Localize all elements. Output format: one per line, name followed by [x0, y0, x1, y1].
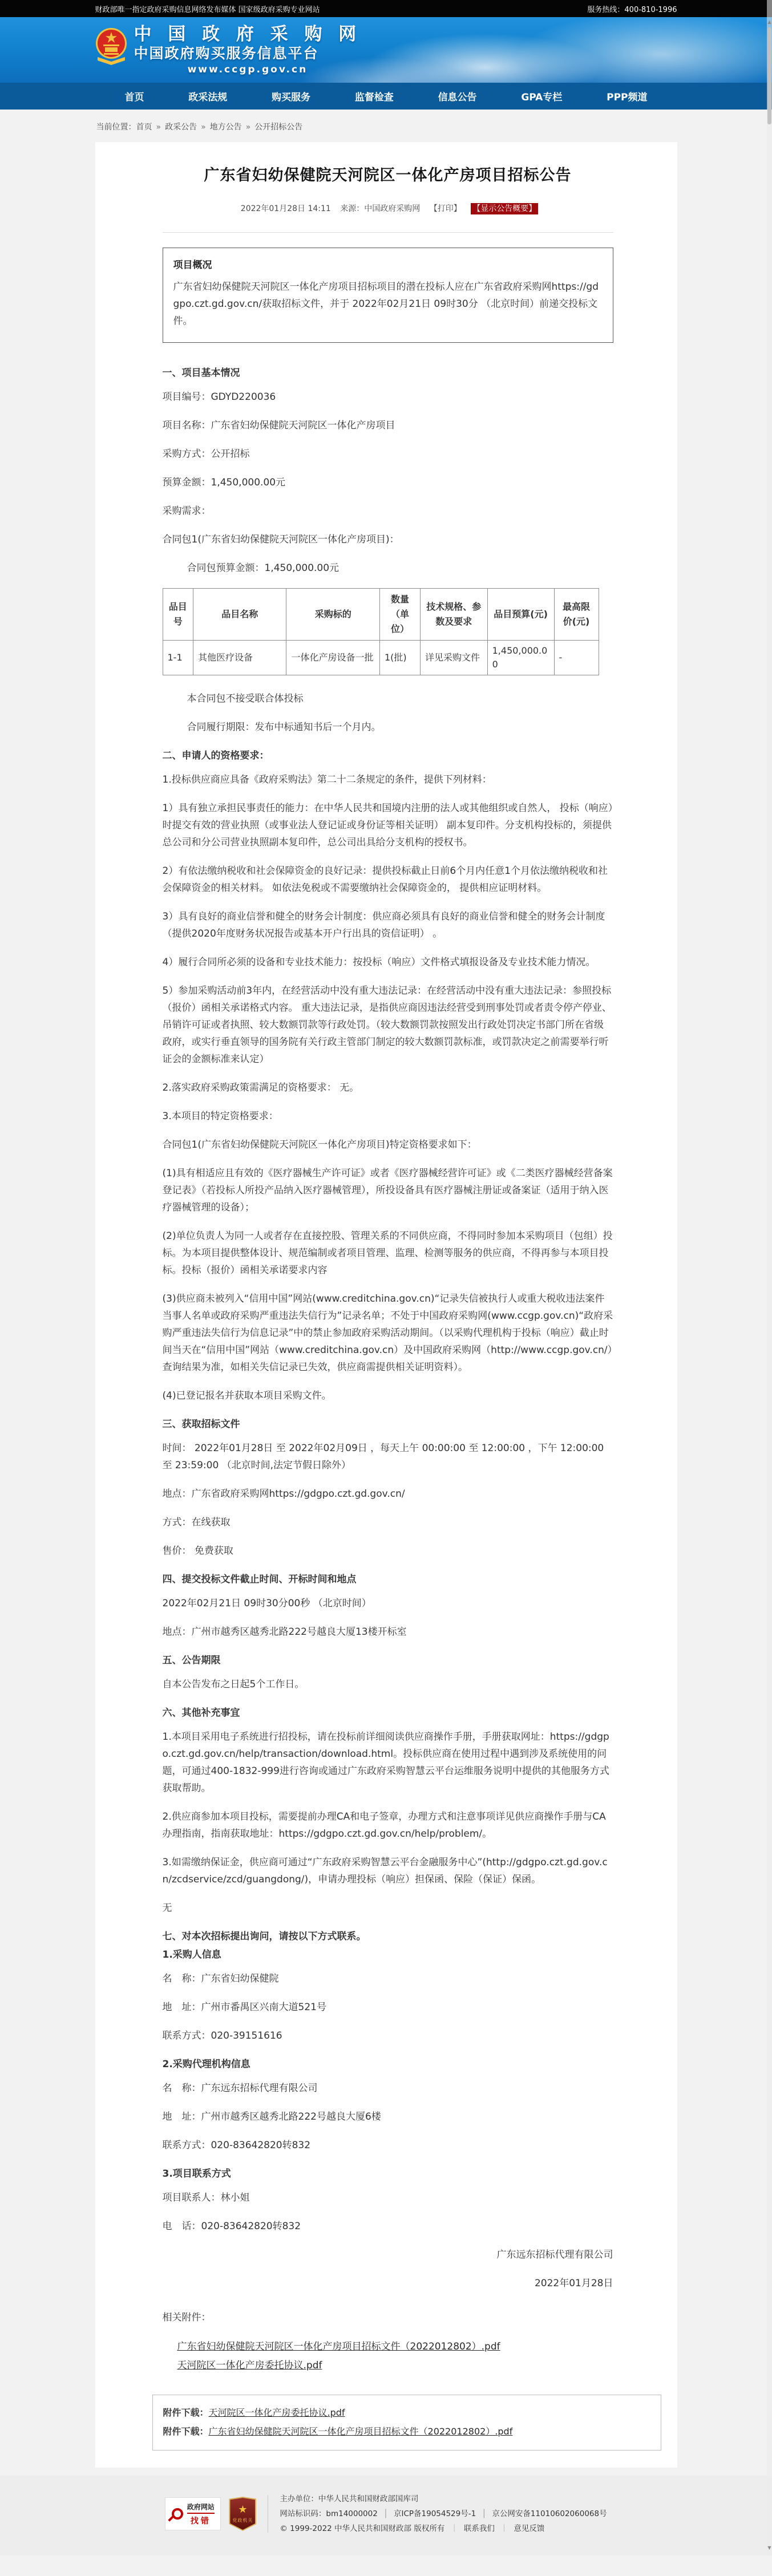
footer-separator: ｜	[450, 2524, 458, 2533]
subsection-heading: 2.采购代理机构信息	[163, 2056, 613, 2073]
site-logo[interactable]: 中 国 政 府 采 购 网 中国政府购买服务信息平台 www.ccgp.gov.…	[95, 17, 677, 76]
service-hotline: 服务热线：400-810-1996	[587, 3, 677, 14]
nav-item-信息公告[interactable]: 信息公告	[438, 89, 477, 103]
content-paragraph: 方式：在线获取	[163, 1514, 613, 1531]
attachments-list: 广东省妇幼保健院天河院区一体化产房项目招标文件（2022012802）.pdf天…	[163, 2338, 613, 2375]
subsection-heading: 1.采购人信息	[163, 1946, 613, 1963]
content-paragraph: (2)单位负责人为同一人或者存在直接控股、管理关系的不同供应商，不得同时参加本采…	[163, 1228, 613, 1279]
scrollbar-down-arrow-icon[interactable]: ▼	[767, 2545, 772, 2551]
content-paragraph: 3.如需缴纳保证金，供应商可通过“广东政府采购智慧云平台金融服务中心”(http…	[163, 1854, 613, 1888]
breadcrumb-strip: 当前位置：首页»政采公告»地方公告»公开招标公告	[0, 110, 772, 142]
footer-link-联系我们[interactable]: 联系我们	[464, 2524, 495, 2533]
party-gov-shield-badge[interactable]: ★ 党政机关	[229, 2497, 256, 2531]
footer-separator: │	[383, 2509, 388, 2518]
content-paragraph: 合同包1(广东省妇幼保健院天河院区一体化产房项目)特定资格要求如下：	[163, 1136, 613, 1153]
content-paragraph: 4）履行合同所必须的设备和专业技术能力：按投标（响应）文件格式填报设备及专业技术…	[163, 954, 613, 971]
content-paragraph: 地 址：广州市番禺区兴南大道521号	[163, 1999, 613, 2016]
content-paragraph: 合同包预算金额：1,450,000.00元	[163, 560, 613, 577]
breadcrumb-separator-icon: »	[201, 123, 206, 132]
breadcrumb-item[interactable]: 地方公告	[210, 123, 242, 132]
content-paragraph: 2.落实政府采购政策需满足的资格要求： 无。	[163, 1079, 613, 1096]
footer-separator: ｜	[500, 2524, 508, 2533]
footer-meta-part: 网站标识码：bm14000002	[280, 2509, 377, 2518]
print-button[interactable]: 【打印】	[430, 204, 462, 213]
nav-item-首页[interactable]: 首页	[125, 89, 144, 103]
title-divider	[163, 232, 613, 233]
table-header-cell: 技术规格、参数及要求	[420, 589, 487, 641]
article-meta: 2022年01月28日 14:11 来源：中国政府采购网 【打印】 【显示公告概…	[163, 202, 613, 214]
content-paragraph: 采购需求：	[163, 503, 613, 520]
download-row: 附件下载：广东省妇幼保健院天河院区一体化产房项目招标文件（2022012802）…	[163, 2422, 650, 2441]
footer-meta-line: 网站标识码：bm14000002│京ICP备19054529号-1│京公网安备1…	[280, 2506, 607, 2521]
table-header-cell: 品目名称	[193, 589, 286, 641]
attachment-link[interactable]: 天河院区一体化产房委托协议.pdf	[177, 2356, 322, 2375]
breadcrumb-item[interactable]: 公开招标公告	[254, 123, 302, 132]
content-paragraph: 联系方式：020-83642820转832	[163, 2137, 613, 2154]
section-heading: 六、其他补充事宜	[163, 1704, 613, 1722]
footer-meta-part: 京公网安备11010602060068号	[492, 2509, 607, 2518]
content-paragraph: 3）具有良好的商业信誉和健全的财务会计制度：供应商必须具有良好的商业信誉和健全的…	[163, 908, 613, 942]
table-cell: 1,450,000.00	[487, 641, 554, 675]
content-paragraph: 时间： 2022年01月28日 至 2022年02月09日 ，每天上午 00:0…	[163, 1440, 613, 1474]
content-paragraph: 2）有依法缴纳税收和社会保障资金的良好记录：提供投标截止日前6个月内任意1个月依…	[163, 862, 613, 897]
table-header-cell: 数量（单位）	[379, 589, 420, 641]
footer-copyright-line: © 1999-2022 中华人民共和国财政部 版权所有｜联系我们｜意见反馈	[280, 2521, 607, 2536]
content-paragraph: 地点：广州市越秀区越秀北路222号越良大厦13楼开标室	[163, 1623, 613, 1641]
subsection-heading: 3.项目联系方式	[163, 2165, 613, 2182]
content-paragraph: 1.本项目采用电子系统进行招投标，请在投标前详细阅读供应商操作手册，手册获取网址…	[163, 1728, 613, 1797]
table-header-cell: 采购标的	[286, 589, 379, 641]
content-paragraph: 名 称：广东远东招标代理有限公司	[163, 2080, 613, 2097]
site-subtitle: 中国政府购买服务信息平台	[134, 44, 362, 63]
footer-host-line: 主办单位：中华人民共和国财政部国库司	[280, 2492, 607, 2506]
items-table: 品目号品目名称采购标的数量（单位）技术规格、参数及要求品目预算(元)最高限价(元…	[163, 588, 599, 675]
signature-line: 广东远东招标代理有限公司	[163, 2246, 613, 2263]
site-url: www.ccgp.gov.cn	[134, 63, 362, 76]
breadcrumb-separator-icon: »	[246, 123, 251, 132]
announcement-card: 广东省妇幼保健院天河院区一体化产房项目招标公告 2022年01月28日 14:1…	[95, 142, 677, 2468]
table-cell: -	[554, 641, 599, 675]
content-paragraph: 采购方式：公开招标	[163, 445, 613, 463]
site-title: 中 国 政 府 采 购 网	[134, 24, 362, 44]
badge-find-line1: 政府网站	[187, 2502, 215, 2514]
section-heading: 七、对本次招标提出询问，请按以下方式联系。	[163, 1928, 613, 1945]
footer-badges: 政府网站 找错 ★ 党政机关	[165, 2497, 256, 2531]
content-paragraph: 项目联系人：林小姐	[163, 2189, 613, 2206]
content-paragraph: 1.投标供应商应具备《政府采购法》第二十二条规定的条件，提供下列材料：	[163, 771, 613, 788]
footer-separator: │	[482, 2509, 486, 2518]
overview-heading: 项目概况	[173, 257, 603, 274]
content-paragraph: 地 址：广州市越秀区越秀北路222号越良大厦6楼	[163, 2108, 613, 2125]
footer-divider	[268, 2495, 268, 2533]
table-cell: 详见采购文件	[420, 641, 487, 675]
overview-text: 广东省妇幼保健院天河院区一体化产房项目招标项目的潜在投标人应在广东省政府采购网h…	[173, 278, 603, 330]
table-cell: 一体化产房设备一批	[286, 641, 379, 675]
shield-star-icon: ★	[238, 2504, 247, 2516]
content-paragraph: 项目编号：GDYD220036	[163, 388, 613, 406]
content-paragraph: (3)供应商未被列入“信用中国”网站(www.creditchina.gov.c…	[163, 1290, 613, 1376]
site-slogan: 财政部唯一指定政府采购信息网络发布媒体 国家级政府采购专业网站	[95, 3, 320, 14]
content-paragraph: 本合同包不接受联合体投标	[163, 690, 613, 707]
badge-party-label: 党政机关	[232, 2517, 253, 2524]
content-paragraph: 2.供应商参加本项目投标，需要提前办理CA和电子签章，办理方式和注意事项详见供应…	[163, 1808, 613, 1842]
publish-datetime: 2022年01月28日 14:11	[241, 204, 331, 213]
nav-item-GPA专栏[interactable]: GPA专栏	[521, 89, 562, 103]
content-paragraph: (4)已登记报名并获取本项目采购文件。	[163, 1387, 613, 1404]
section-heading: 三、获取招标文件	[163, 1416, 613, 1433]
content-paragraph: (1)具有相适应且有效的《医疗器械生产许可证》或者《医疗器械经营许可证》或《二类…	[163, 1165, 613, 1216]
breadcrumb: 当前位置：首页»政采公告»地方公告»公开招标公告	[95, 110, 677, 142]
table-row: 1-1其他医疗设备一体化产房设备一批1(批)详见采购文件1,450,000.00…	[163, 641, 599, 675]
table-header-row: 品目号品目名称采购标的数量（单位）技术规格、参数及要求品目预算(元)最高限价(元…	[163, 589, 599, 641]
nav-item-PPP频道[interactable]: PPP频道	[607, 89, 647, 103]
content-paragraph: 1）具有独立承担民事责任的能力：在中华人民共和国境内注册的法人或其他组织或自然人…	[163, 800, 613, 851]
table-cell: 1(批)	[379, 641, 420, 675]
footer-meta-part: 京ICP备19054529号-1	[394, 2509, 476, 2518]
content-paragraph: 无	[163, 1899, 613, 1917]
scrollbar-up-arrow-icon[interactable]: ▲	[767, 19, 772, 25]
breadcrumb-label: 当前位置：	[96, 123, 136, 132]
table-header-cell: 品目预算(元)	[487, 589, 554, 641]
vertical-scrollbar[interactable]: ▲ ▼	[767, 0, 772, 2555]
project-overview-box: 项目概况 广东省妇幼保健院天河院区一体化产房项目招标项目的潜在投标人应在广东省政…	[163, 248, 613, 343]
main-navigation: 首页政采法规购买服务监督检查信息公告GPA专栏PPP频道	[0, 83, 772, 110]
table-header-cell: 最高限价(元)	[554, 589, 599, 641]
page-title: 广东省妇幼保健院天河院区一体化产房项目招标公告	[163, 165, 613, 187]
site-masthead: 中 国 政 府 采 购 网 中国政府购买服务信息平台 www.ccgp.gov.…	[0, 17, 772, 83]
content-paragraph: 预算金额：1,450,000.00元	[163, 474, 613, 491]
download-file-link[interactable]: 天河院区一体化产房委托协议.pdf	[209, 2407, 345, 2418]
nav-item-购买服务[interactable]: 购买服务	[272, 89, 310, 103]
content-paragraph: 名 称：广东省妇幼保健院	[163, 1970, 613, 1987]
content-paragraph: 5）参加采购活动前3年内，在经营活动中没有重大违法记录：在经营活动中没有重大违法…	[163, 982, 613, 1068]
article-body: 一、项目基本情况项目编号：GDYD220036项目名称：广东省妇幼保健院天河院区…	[163, 364, 613, 2292]
section-heading: 二、申请人的资格要求：	[163, 747, 613, 764]
breadcrumb-item[interactable]: 首页	[136, 123, 152, 132]
download-label: 附件下载：	[163, 2426, 209, 2437]
download-row: 附件下载：天河院区一体化产房委托协议.pdf	[163, 2403, 650, 2422]
download-file-link[interactable]: 广东省妇幼保健院天河院区一体化产房项目招标文件（2022012802）.pdf	[209, 2426, 513, 2437]
nav-item-监督检查[interactable]: 监督检查	[355, 89, 394, 103]
gov-site-error-report-badge[interactable]: 政府网站 找错	[165, 2497, 221, 2530]
download-label: 附件下载：	[163, 2407, 209, 2418]
national-emblem-icon	[95, 24, 127, 76]
attachment-link[interactable]: 广东省妇幼保健院天河院区一体化产房项目招标文件（2022012802）.pdf	[177, 2338, 500, 2356]
table-header-cell: 品目号	[163, 589, 193, 641]
breadcrumb-item[interactable]: 政采公告	[165, 123, 197, 132]
show-summary-button[interactable]: 【显示公告概要】	[471, 203, 538, 214]
top-utility-bar: 财政部唯一指定政府采购信息网络发布媒体 国家级政府采购专业网站 服务热线：400…	[0, 0, 772, 17]
badge-find-line2: 找错	[187, 2515, 215, 2526]
content-paragraph: 联系方式：020-39151616	[163, 2027, 613, 2044]
attachments-label: 相关附件：	[163, 2309, 613, 2326]
signature-line: 2022年01月28日	[163, 2275, 613, 2292]
section-heading: 四、提交投标文件截止时间、开标时间和地点	[163, 1571, 613, 1588]
content-paragraph: 电 话：020-83642820转832	[163, 2218, 613, 2235]
table-cell: 其他医疗设备	[193, 641, 286, 675]
nav-item-政采法规[interactable]: 政采法规	[188, 89, 227, 103]
footer-copyright: © 1999-2022 中华人民共和国财政部 版权所有	[280, 2524, 444, 2533]
footer-link-意见反馈[interactable]: 意见反馈	[514, 2524, 544, 2533]
content-paragraph: 2022年02月21日 09时30分00秒 （北京时间）	[163, 1595, 613, 1612]
site-footer: 政府网站 找错 ★ 党政机关 主办单位：中华人民共和国财政部国库司 网站标识码：…	[0, 2476, 772, 2555]
content-paragraph: 自本公告发布之日起5个工作日。	[163, 1676, 613, 1693]
content-paragraph: 合同包1(广东省妇幼保健院天河院区一体化产房项目)：	[163, 531, 613, 548]
section-heading: 五、公告期限	[163, 1652, 613, 1669]
content-paragraph: 合同履行期限：发布中标通知书后一个月内。	[163, 719, 613, 736]
content-paragraph: 项目名称：广东省妇幼保健院天河院区一体化产房项目	[163, 417, 613, 434]
article-source: 来源：中国政府采购网	[340, 204, 420, 213]
content-paragraph: 地点：广东省政府采购网https://gdgpo.czt.gd.gov.cn/	[163, 1485, 613, 1502]
section-heading: 一、项目基本情况	[163, 364, 613, 382]
scrollbar-thumb[interactable]	[767, 27, 771, 124]
table-cell: 1-1	[163, 641, 193, 675]
breadcrumb-separator-icon: »	[156, 123, 161, 132]
content-paragraph: 3.本项目的特定资格要求：	[163, 1108, 613, 1125]
content-paragraph: 售价： 免费获取	[163, 1542, 613, 1560]
magnifier-icon	[172, 2508, 183, 2520]
attachment-download-box: 附件下载：天河院区一体化产房委托协议.pdf附件下载：广东省妇幼保健院天河院区一…	[152, 2395, 661, 2451]
